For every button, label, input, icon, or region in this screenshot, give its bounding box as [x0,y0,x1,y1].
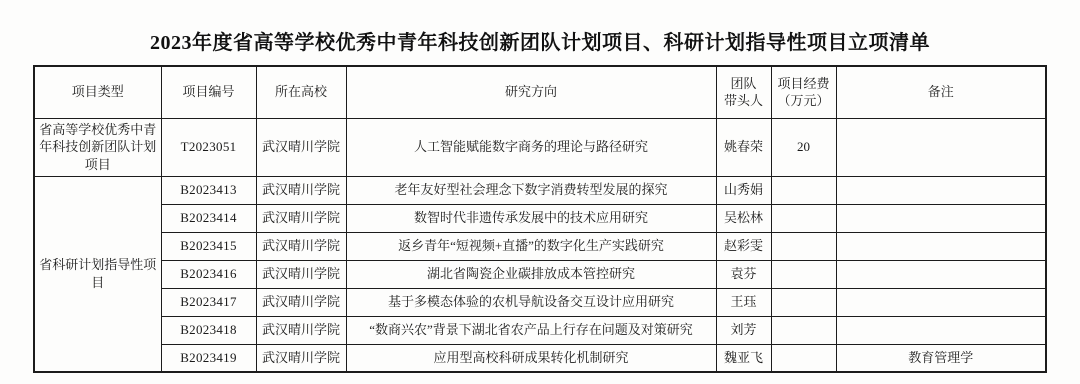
cell-research-direction: 数智时代非遗传承发展中的技术应用研究 [346,204,716,232]
cell-project-type: 省科研计划指导性项目 [34,176,161,372]
cell-project-code: B2023417 [161,288,256,316]
header-label-line: 带头人 [720,92,768,110]
cell-research-direction: 应用型高校科研成果转化机制研究 [346,344,716,372]
cell-university: 武汉晴川学院 [256,204,346,232]
header-label-line: 项目类型 [38,83,158,101]
cell-project-code: T2023051 [161,118,256,176]
header-label-line: （万元） [775,92,833,110]
table-row: B2023419武汉晴川学院应用型高校科研成果转化机制研究魏亚飞教育管理学 [34,344,1046,372]
cell-project-code: B2023413 [161,176,256,204]
page-title: 2023年度省高等学校优秀中青年科技创新团队计划项目、科研计划指导性项目立项清单 [0,26,1080,55]
cell-remark [836,118,1046,176]
projects-table: 项目类型项目编号所在高校研究方向团队带头人项目经费（万元）备注 省高等学校优秀中… [33,65,1047,373]
table-body: 省高等学校优秀中青年科技创新团队计划项目T2023051武汉晴川学院人工智能赋能… [34,118,1046,372]
header-label-line: 项目经费 [775,75,833,93]
table-row: B2023414武汉晴川学院数智时代非遗传承发展中的技术应用研究吴松林 [34,204,1046,232]
cell-funding: 20 [771,118,836,176]
cell-project-code: B2023419 [161,344,256,372]
table-row: B2023416武汉晴川学院湖北省陶瓷企业碳排放成本管控研究袁芬 [34,260,1046,288]
cell-funding [771,176,836,204]
cell-university: 武汉晴川学院 [256,232,346,260]
cell-funding [771,260,836,288]
cell-research-direction: 返乡青年“短视频+直播”的数字化生产实践研究 [346,232,716,260]
cell-university: 武汉晴川学院 [256,316,346,344]
header-label-line: 研究方向 [350,83,713,101]
table-row: B2023415武汉晴川学院返乡青年“短视频+直播”的数字化生产实践研究赵彩雯 [34,232,1046,260]
cell-remark [836,176,1046,204]
cell-remark [836,316,1046,344]
cell-research-direction: 老年友好型社会理念下数字消费转型发展的探究 [346,176,716,204]
cell-project-code: B2023415 [161,232,256,260]
header-label-line: 所在高校 [260,83,343,101]
header-cell-project-code: 项目编号 [161,66,256,118]
cell-university: 武汉晴川学院 [256,118,346,176]
cell-team-leader: 赵彩雯 [716,232,771,260]
cell-funding [771,288,836,316]
cell-remark [836,260,1046,288]
cell-funding [771,204,836,232]
cell-research-direction: 人工智能赋能数字商务的理论与路径研究 [346,118,716,176]
header-cell-project-type: 项目类型 [34,66,161,118]
table-row: B2023417武汉晴川学院基于多模态体验的农机导航设备交互设计应用研究王珏 [34,288,1046,316]
cell-university: 武汉晴川学院 [256,288,346,316]
cell-university: 武汉晴川学院 [256,260,346,288]
header-label-line: 项目编号 [165,83,253,101]
cell-team-leader: 刘芳 [716,316,771,344]
header-label-line: 团队 [720,75,768,93]
cell-team-leader: 王珏 [716,288,771,316]
document-page: 2023年度省高等学校优秀中青年科技创新团队计划项目、科研计划指导性项目立项清单… [0,0,1080,384]
header-cell-remark: 备注 [836,66,1046,118]
cell-funding [771,344,836,372]
cell-funding [771,316,836,344]
cell-project-code: B2023414 [161,204,256,232]
table-header: 项目类型项目编号所在高校研究方向团队带头人项目经费（万元）备注 [34,66,1046,118]
table-row: 省科研计划指导性项目B2023413武汉晴川学院老年友好型社会理念下数字消费转型… [34,176,1046,204]
table-row: 省高等学校优秀中青年科技创新团队计划项目T2023051武汉晴川学院人工智能赋能… [34,118,1046,176]
header-label-line: 备注 [840,83,1043,101]
header-cell-research-direction: 研究方向 [346,66,716,118]
cell-team-leader: 山秀娟 [716,176,771,204]
header-cell-funding: 项目经费（万元） [771,66,836,118]
table-header-row: 项目类型项目编号所在高校研究方向团队带头人项目经费（万元）备注 [34,66,1046,118]
cell-project-code: B2023416 [161,260,256,288]
cell-project-type: 省高等学校优秀中青年科技创新团队计划项目 [34,118,161,176]
cell-research-direction: 基于多模态体验的农机导航设备交互设计应用研究 [346,288,716,316]
header-cell-team-leader: 团队带头人 [716,66,771,118]
cell-remark [836,232,1046,260]
cell-remark [836,204,1046,232]
table-row: B2023418武汉晴川学院“数商兴农”背景下湖北省农产品上行存在问题及对策研究… [34,316,1046,344]
cell-project-code: B2023418 [161,316,256,344]
cell-remark [836,288,1046,316]
cell-remark: 教育管理学 [836,344,1046,372]
cell-team-leader: 姚春荣 [716,118,771,176]
cell-team-leader: 魏亚飞 [716,344,771,372]
cell-team-leader: 吴松林 [716,204,771,232]
header-cell-university: 所在高校 [256,66,346,118]
cell-research-direction: “数商兴农”背景下湖北省农产品上行存在问题及对策研究 [346,316,716,344]
cell-research-direction: 湖北省陶瓷企业碳排放成本管控研究 [346,260,716,288]
cell-funding [771,232,836,260]
cell-university: 武汉晴川学院 [256,176,346,204]
cell-team-leader: 袁芬 [716,260,771,288]
cell-university: 武汉晴川学院 [256,344,346,372]
